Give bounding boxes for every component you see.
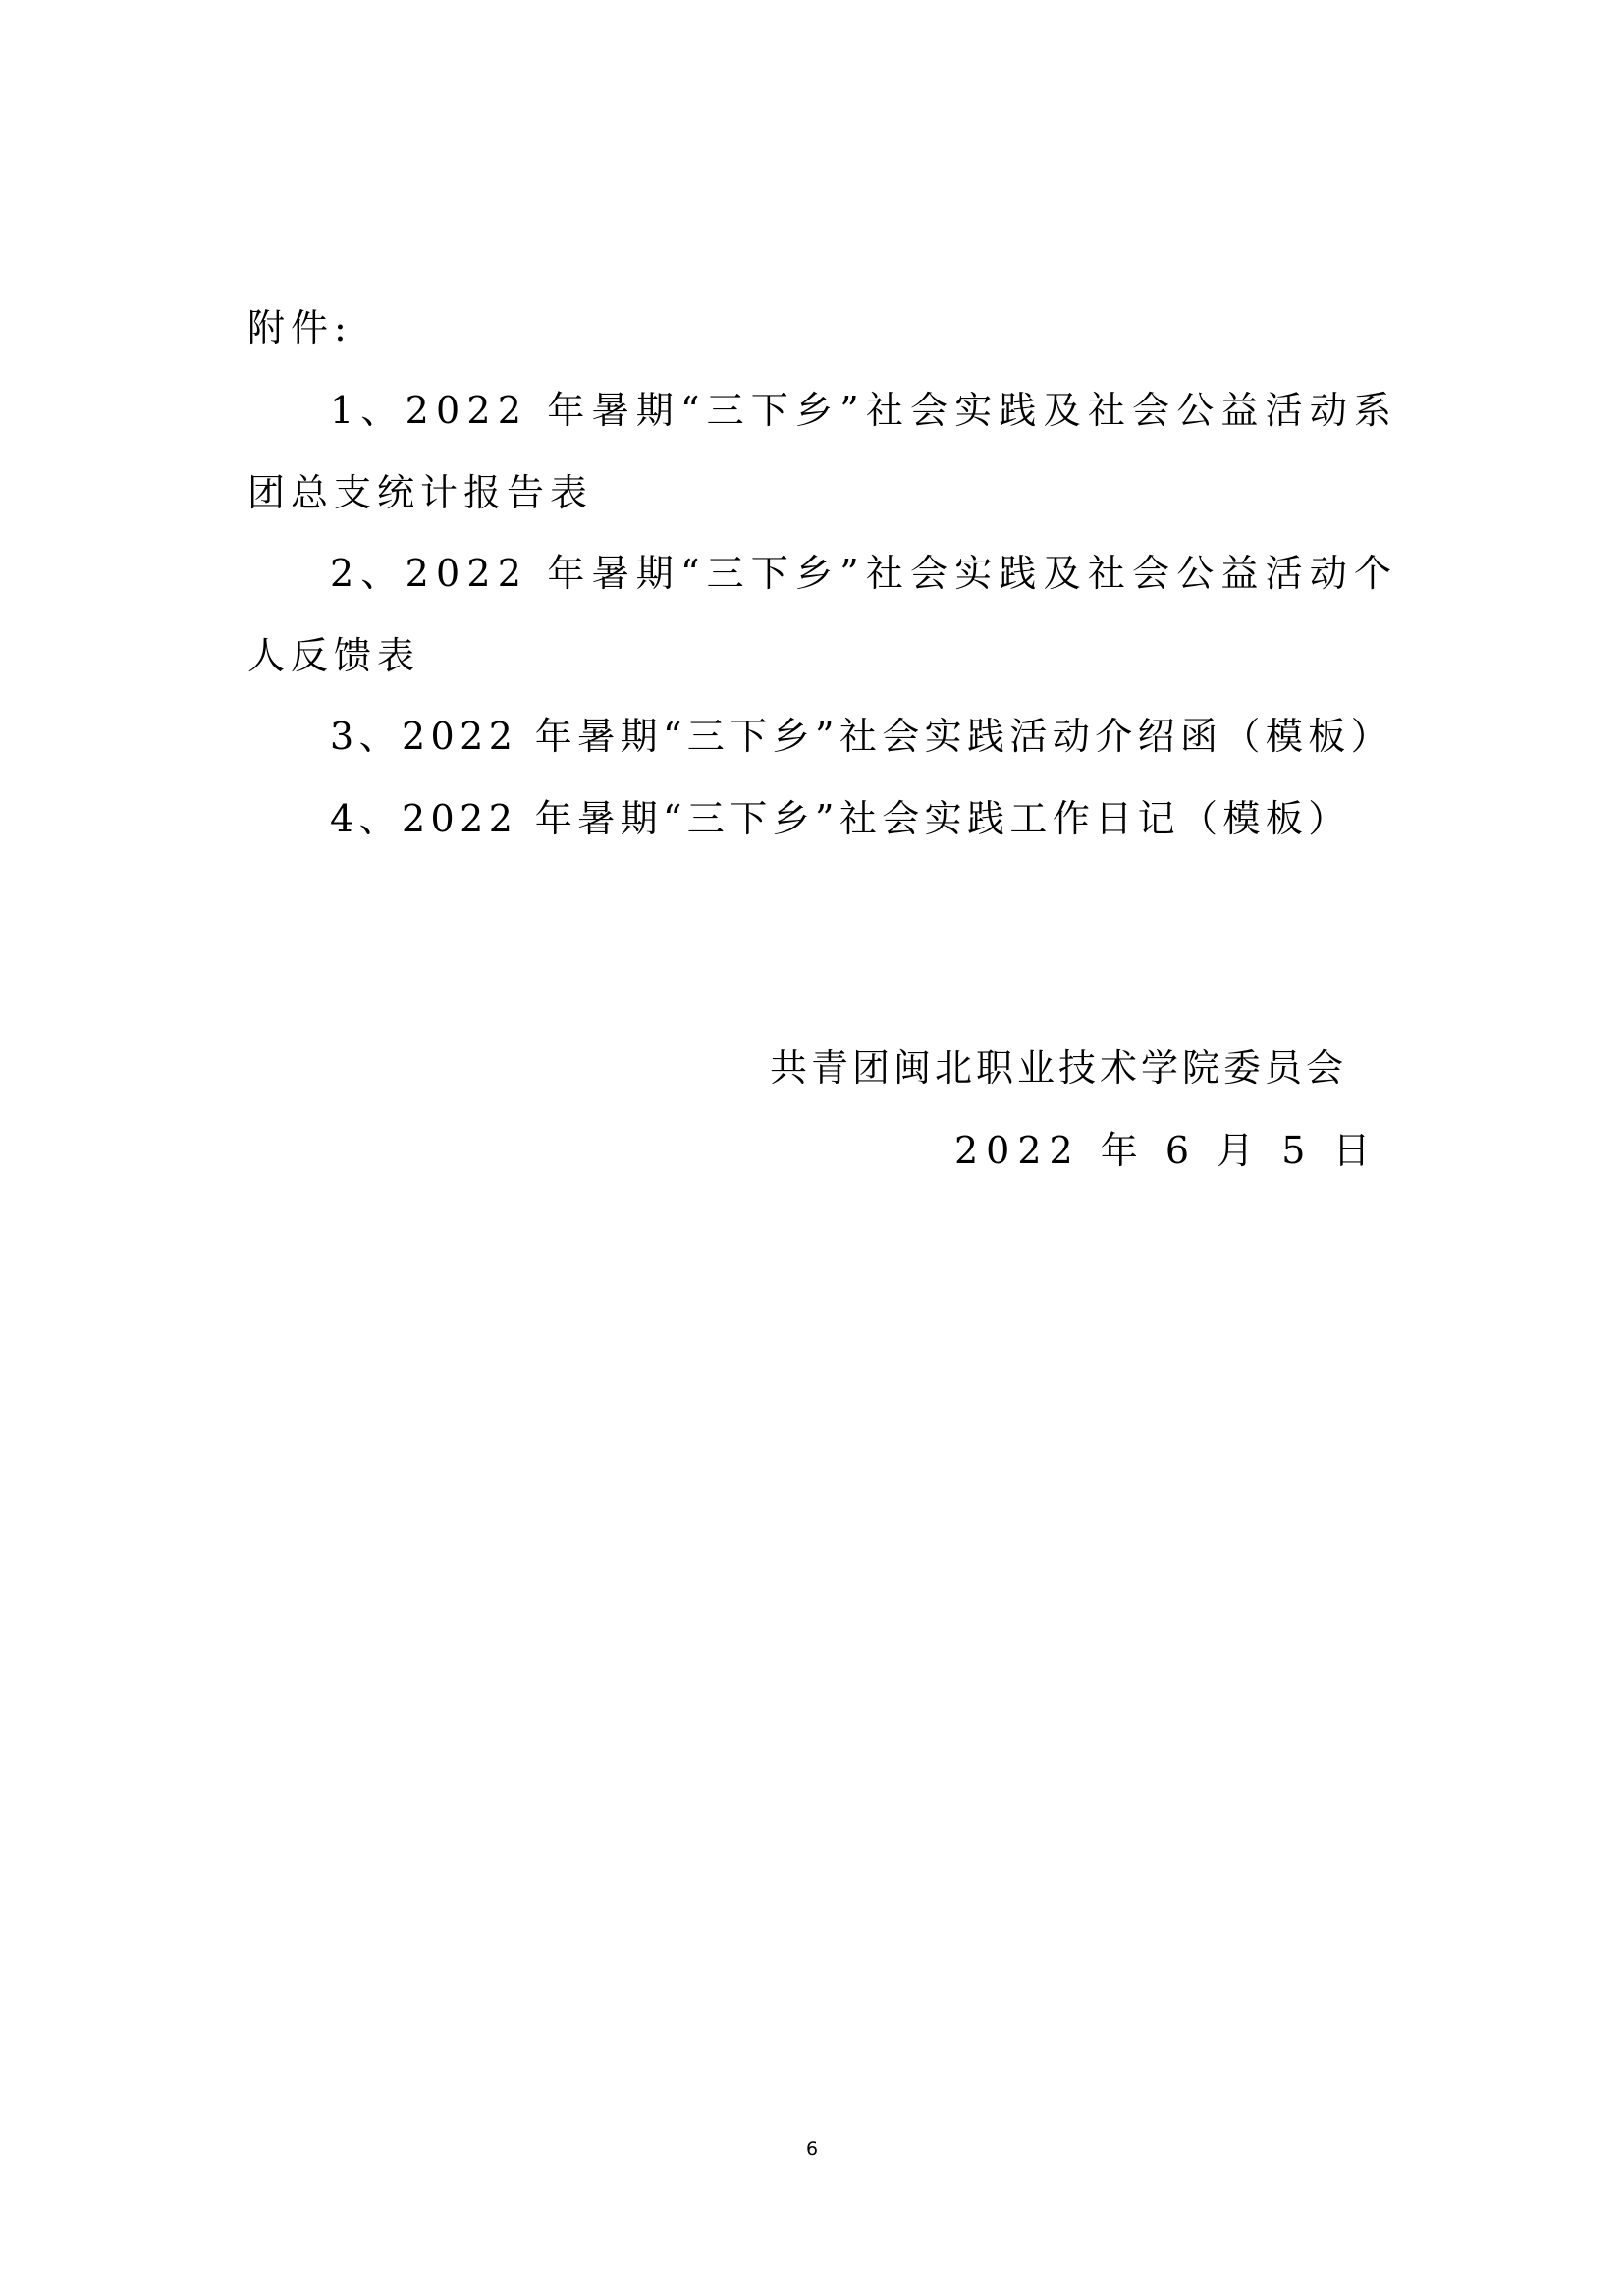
attachment-item-3: 3、2022 年暑期“三下乡”社会实践活动介绍函（模板） xyxy=(330,715,1393,758)
signature-organization: 共青团闽北职业技术学院委员会 xyxy=(770,1046,1347,1090)
attachment-item-1: 1、2022 年暑期“三下乡”社会实践及社会公益活动系 xyxy=(330,389,1398,432)
attachment-item-1-continued: 团总支统计报告表 xyxy=(247,471,593,514)
page-number: 6 xyxy=(0,2138,1624,2160)
attachment-item-2-continued: 人反馈表 xyxy=(247,634,420,677)
signature-date: 2022 年 6 月 5 日 xyxy=(954,1129,1378,1172)
attachment-item-4: 4、2022 年暑期“三下乡”社会实践工作日记（模板） xyxy=(330,797,1351,840)
attachments-heading: 附件: xyxy=(247,306,352,349)
attachment-item-2: 2、2022 年暑期“三下乡”社会实践及社会公益活动个 xyxy=(330,552,1398,595)
